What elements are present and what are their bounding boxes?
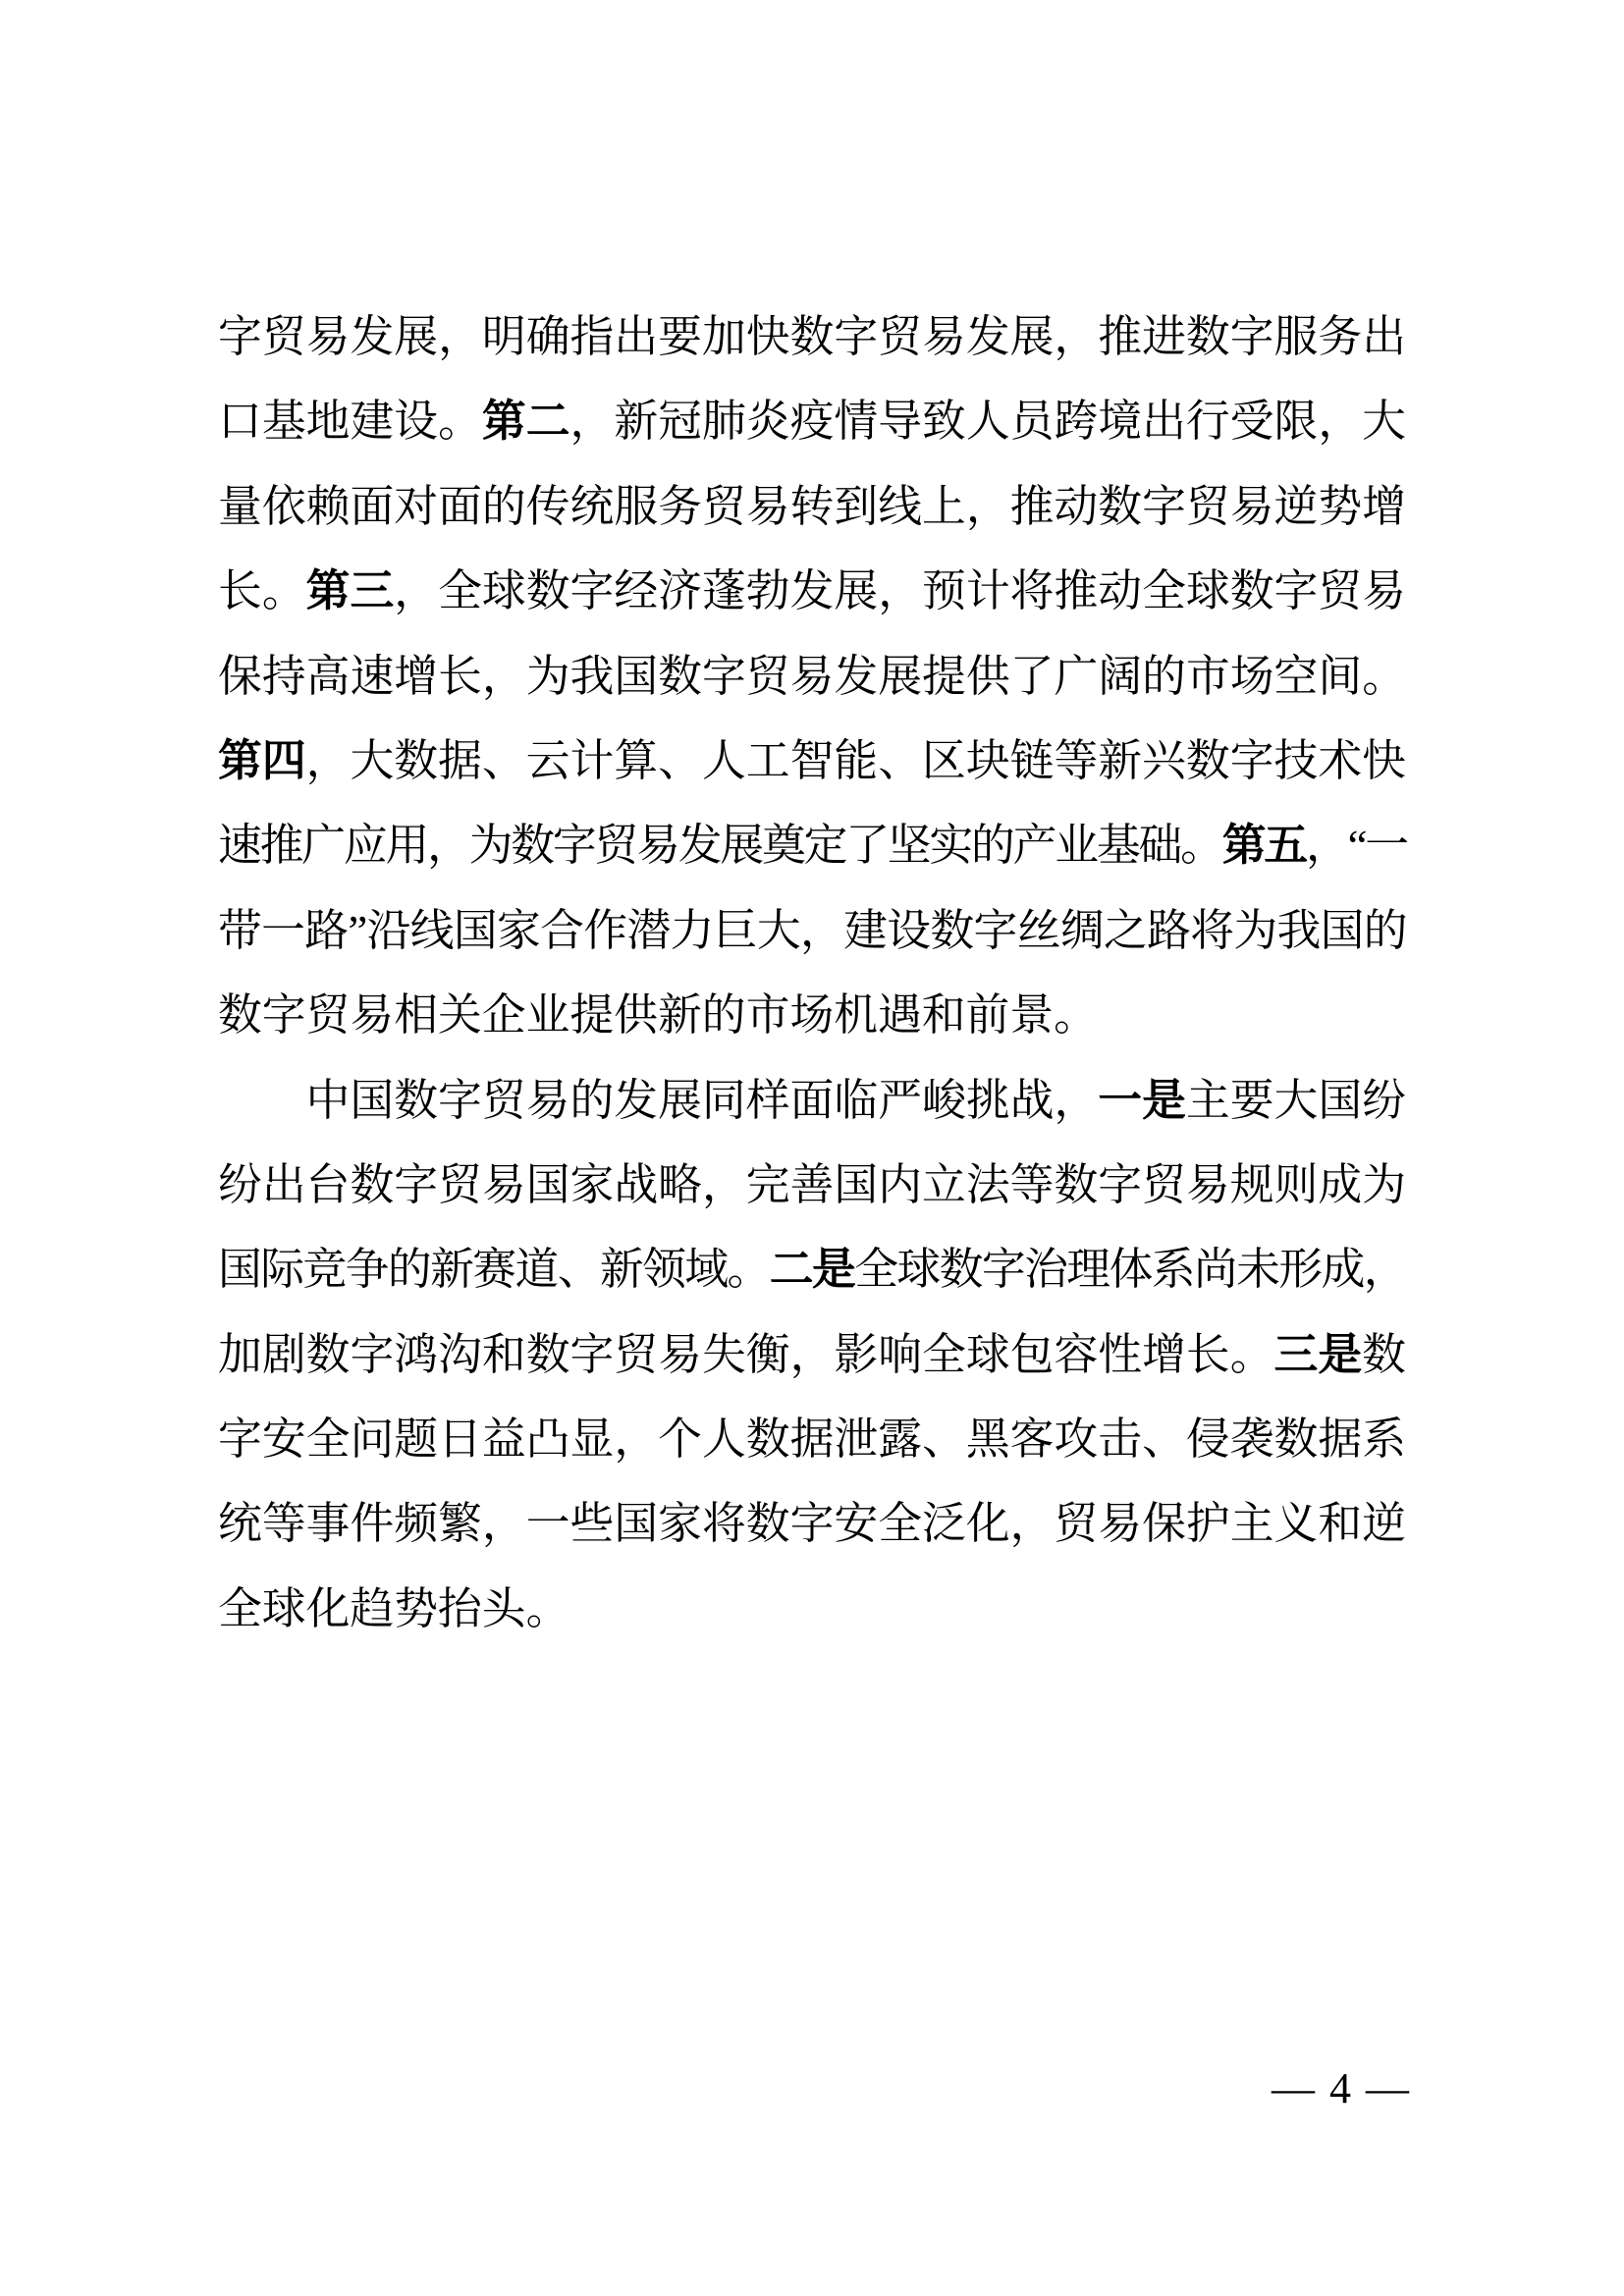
text-line: 字贸易发展，明确指出要加快数字贸易发展，推进数字服务出 [218,294,1406,379]
text-block: 字贸易发展，明确指出要加快数字贸易发展，推进数字服务出口基地建设。第二，新冠肺炎… [218,294,1406,1651]
text-run: 保持高速增长，为我国数字贸易发展提供了广阔的市场空间。 [218,652,1406,701]
text-line: 带一路”沿线国家合作潜力巨大，建设数字丝绸之路将为我国的 [218,888,1406,973]
text-run: ，“一 [1306,821,1406,870]
page-footer: — 4 — [1272,2067,1411,2110]
emphasis-run: 三是 [1274,1330,1363,1379]
text-run: 中国数字贸易的发展同样面临严峻挑战， [306,1076,1099,1125]
text-line: 全球化趋势抬头。 [218,1567,1406,1651]
page-number: — 4 — [1272,2064,1411,2112]
text-line: 长。第三，全球数字经济蓬勃发展，预计将推动全球数字贸易 [218,549,1406,633]
text-run: 带一路”沿线国家合作潜力巨大，建设数字丝绸之路将为我国的 [218,906,1406,955]
text-run: 全球数字治理体系尚未形成， [854,1245,1406,1294]
text-run: 纷出台数字贸易国家战略，完善国内立法等数字贸易规则成为 [218,1160,1406,1209]
text-line: 统等事件频繁，一些国家将数字安全泛化，贸易保护主义和逆 [218,1481,1406,1566]
document-page: 字贸易发展，明确指出要加快数字贸易发展，推进数字服务出口基地建设。第二，新冠肺炎… [0,0,1624,2296]
text-run: ，全球数字经济蓬勃发展，预计将推动全球数字贸易 [394,566,1406,615]
text-line: 加剧数字鸿沟和数字贸易失衡，影响全球包容性增长。三是数 [218,1312,1406,1397]
text-line: 第四，大数据、云计算、人工智能、区块链等新兴数字技术快 [218,719,1406,803]
text-line: 保持高速增长，为我国数字贸易发展提供了广阔的市场空间。 [218,634,1406,719]
text-run: 主要大国纷 [1186,1076,1406,1125]
text-line: 国际竞争的新赛道、新领域。二是全球数字治理体系尚未形成， [218,1227,1406,1311]
text-run: 数字贸易相关企业提供新的市场机遇和前景。 [218,990,1098,1040]
emphasis-run: 一是 [1098,1076,1186,1125]
text-line: 数字贸易相关企业提供新的市场机遇和前景。 [218,973,1406,1057]
text-run: 统等事件频繁，一些国家将数字安全泛化，贸易保护主义和逆 [218,1499,1406,1548]
text-line: 量依赖面对面的传统服务贸易转到线上，推动数字贸易逆势增 [218,464,1406,549]
emphasis-run: 第五 [1222,821,1306,870]
text-run: 加剧数字鸿沟和数字贸易失衡，影响全球包容性增长。 [218,1330,1274,1379]
text-run: 量依赖面对面的传统服务贸易转到线上，推动数字贸易逆势增 [218,482,1406,531]
text-run: 长。 [218,566,306,615]
text-run: ，新冠肺炎疫情导致人员跨境出行受限，大 [570,397,1406,446]
text-run: ，大数据、云计算、人工智能、区块链等新兴数字技术快 [306,736,1406,785]
text-run: 字贸易发展，明确指出要加快数字贸易发展，推进数字服务出 [218,312,1406,361]
text-line: 纷出台数字贸易国家战略，完善国内立法等数字贸易规则成为 [218,1143,1406,1227]
emphasis-run: 第四 [218,736,306,785]
text-run: 字安全问题日益凸显，个人数据泄露、黑客攻击、侵袭数据系 [218,1415,1406,1464]
text-line: 速推广应用，为数字贸易发展奠定了坚实的产业基础。第五，“一 [218,803,1406,887]
text-run: 全球化趋势抬头。 [218,1584,569,1633]
text-line: 口基地建设。第二，新冠肺炎疫情导致人员跨境出行受限，大 [218,379,1406,463]
text-run: 口基地建设。 [218,397,482,446]
text-run: 数 [1362,1330,1406,1379]
text-line: 字安全问题日益凸显，个人数据泄露、黑客攻击、侵袭数据系 [218,1397,1406,1481]
text-line: 中国数字贸易的发展同样面临严峻挑战，一是主要大国纷 [218,1058,1406,1143]
emphasis-run: 二是 [770,1245,854,1294]
emphasis-run: 第三 [306,566,395,615]
text-run: 国际竞争的新赛道、新领域。 [218,1245,770,1294]
emphasis-run: 第二 [482,397,570,446]
text-run: 速推广应用，为数字贸易发展奠定了坚实的产业基础。 [218,821,1222,870]
